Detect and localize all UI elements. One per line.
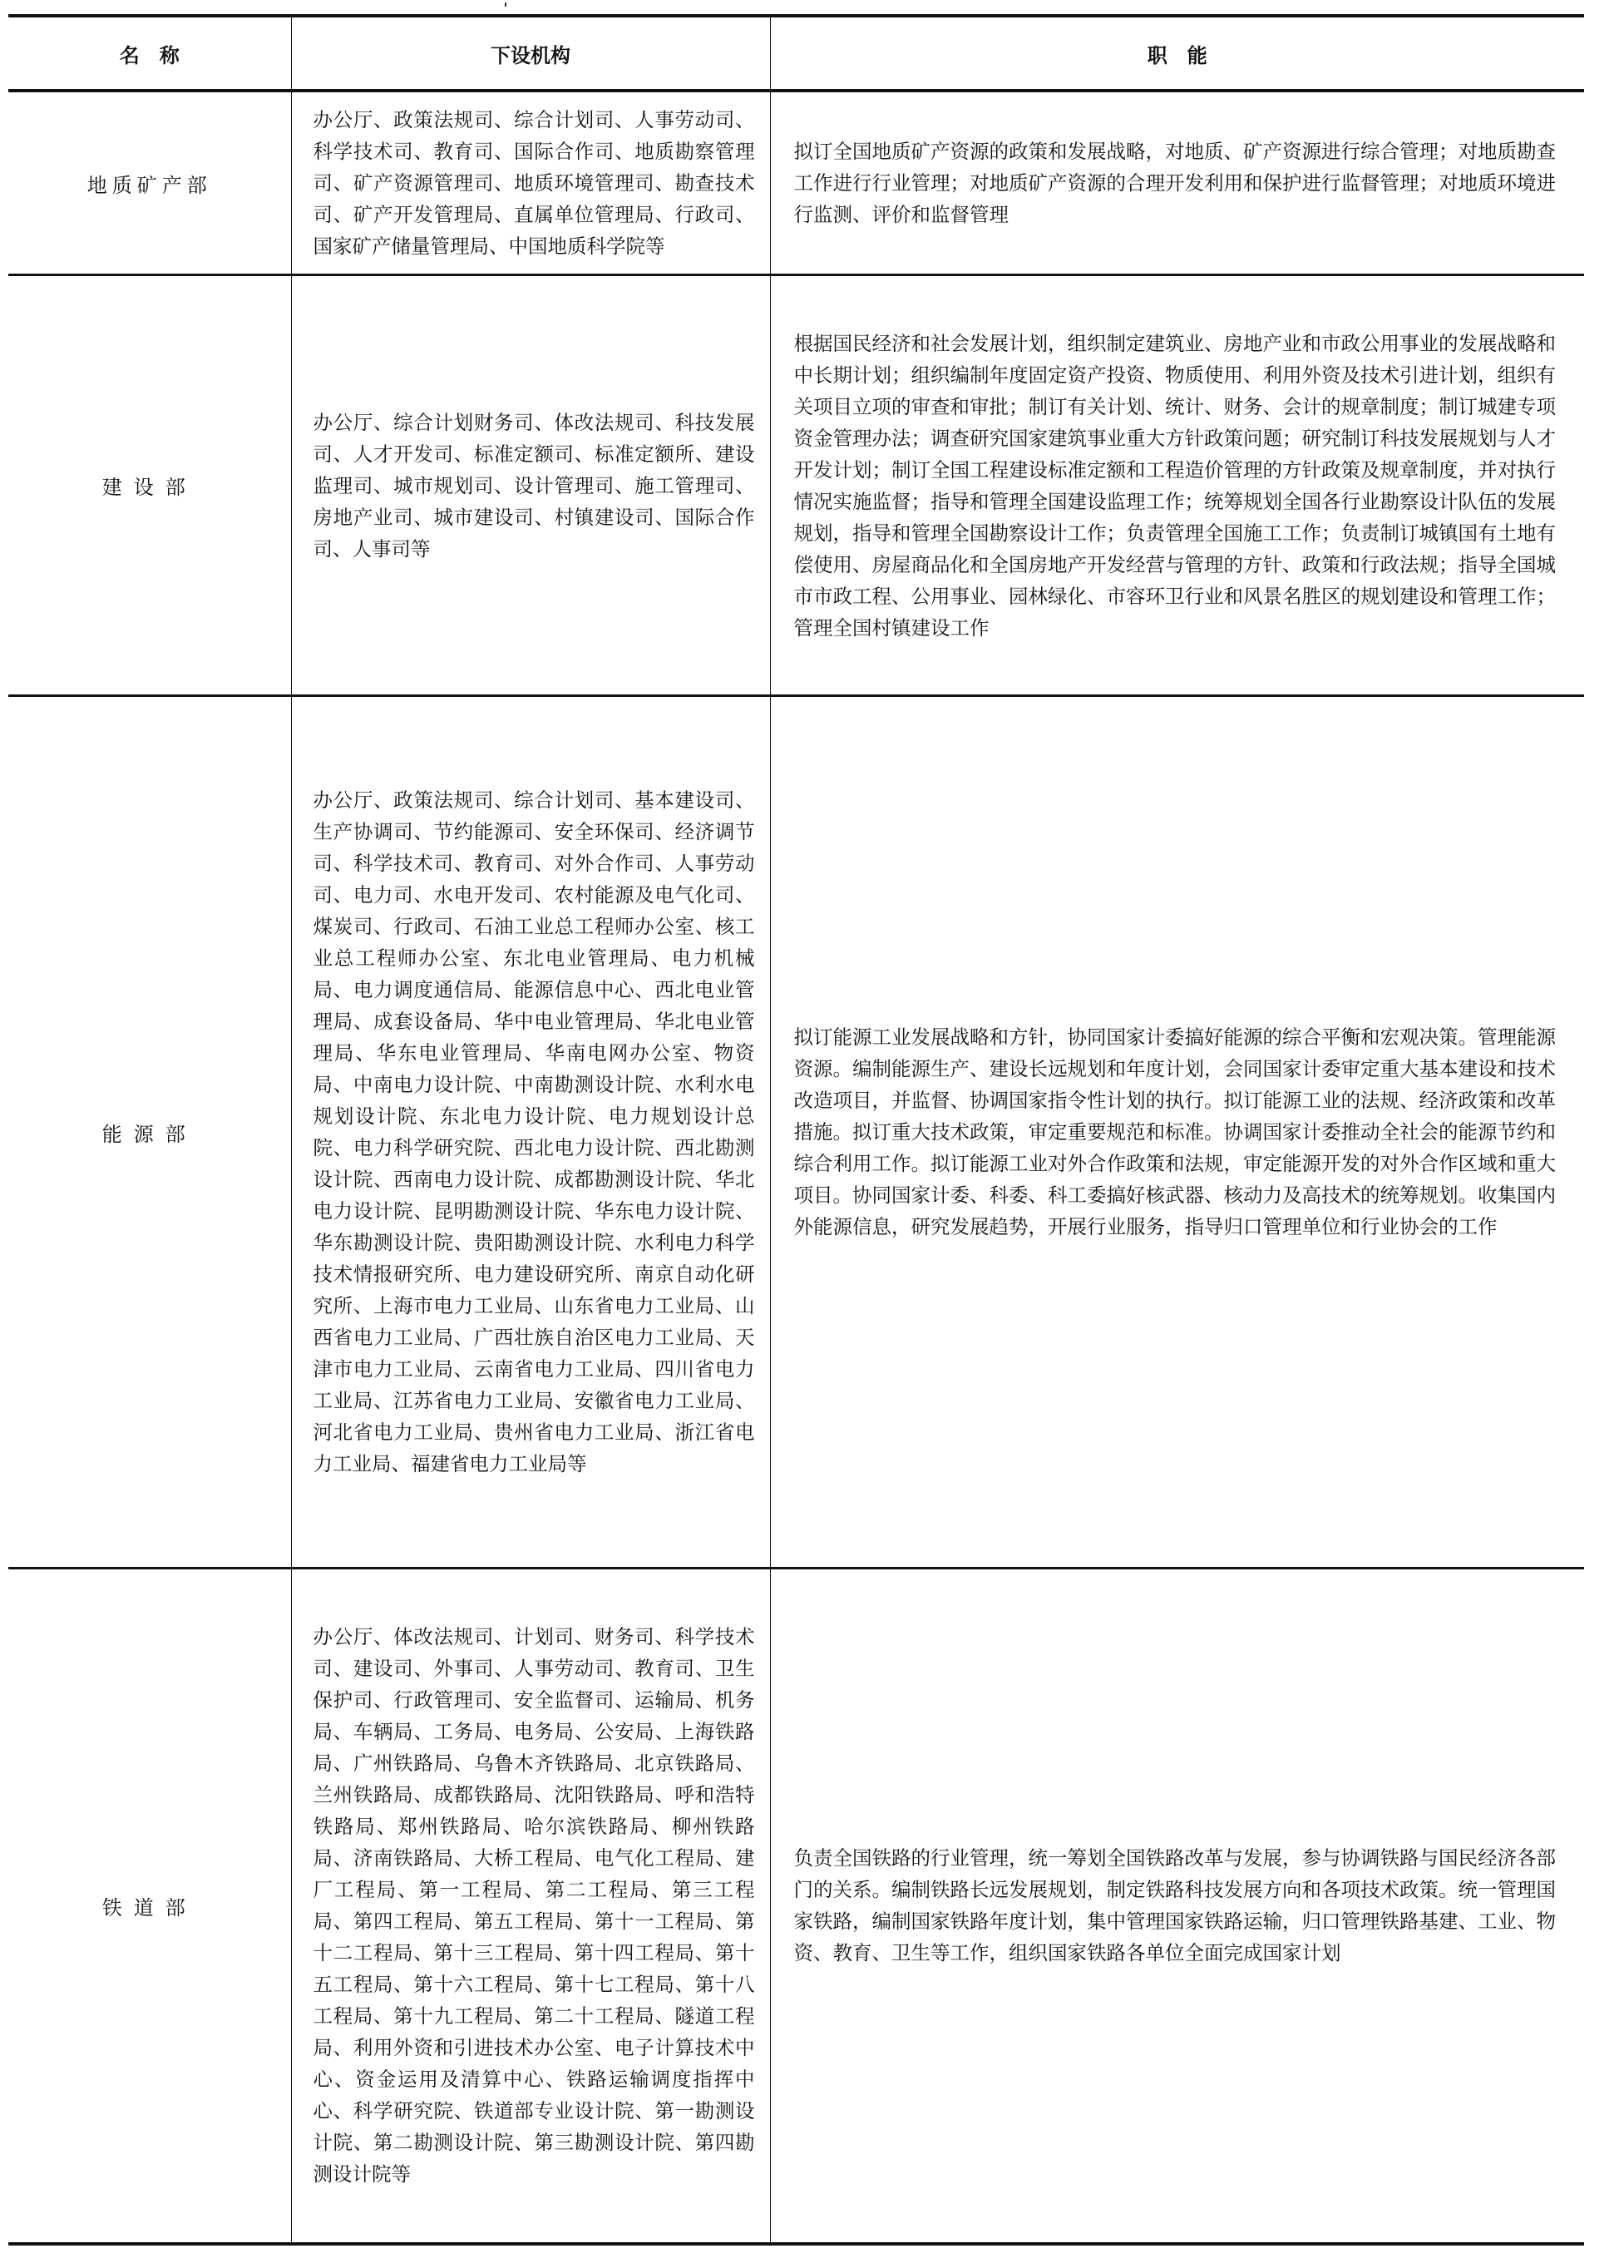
functions: 负责全国铁路的行业管理，统一筹划全国铁路改革与发展，参与协调铁路与国民经济各部门…	[770, 1569, 1584, 2244]
header-units: 下设机构	[291, 16, 770, 91]
ministry-name: 能源部	[8, 696, 291, 1569]
table-row: 建设部 办公厅、综合计划财务司、体改法规司、科技发展司、人才开发司、标准定额司、…	[8, 275, 1584, 696]
functions: 拟订全国地质矿产资源的政策和发展战略，对地质、矿产资源进行综合管理；对地质勘查工…	[770, 91, 1584, 275]
sub-units: 办公厅、政策法规司、综合计划司、人事劳动司、科学技术司、教育司、国际合作司、地质…	[291, 91, 770, 275]
ministry-name: 建设部	[8, 275, 291, 696]
sub-units: 办公厅、体改法规司、计划司、财务司、科学技术司、建设司、外事司、人事劳动司、教育…	[291, 1569, 770, 2244]
functions: 根据国民经济和社会发展计划，组织制定建筑业、房地产业和市政公用事业的发展战略和中…	[770, 275, 1584, 696]
table-row: 铁道部 办公厅、体改法规司、计划司、财务司、科学技术司、建设司、外事司、人事劳动…	[8, 1569, 1584, 2244]
scan-mark	[505, 2, 506, 7]
sub-units: 办公厅、综合计划财务司、体改法规司、科技发展司、人才开发司、标准定额司、标准定额…	[291, 275, 770, 696]
header-functions: 职 能	[770, 16, 1584, 91]
ministry-name: 地质矿产部	[8, 91, 291, 275]
header-name: 名 称	[8, 16, 291, 91]
ministry-table: 名 称 下设机构 职 能 地质矿产部 办公厅、政策法规司、综合计划司、人事劳动司…	[8, 14, 1584, 2246]
sub-units: 办公厅、政策法规司、综合计划司、基本建设司、生产协调司、节约能源司、安全环保司、…	[291, 696, 770, 1569]
table-row: 能源部 办公厅、政策法规司、综合计划司、基本建设司、生产协调司、节约能源司、安全…	[8, 696, 1584, 1569]
functions: 拟订能源工业发展战略和方针，协同国家计委搞好能源的综合平衡和宏观决策。管理能源资…	[770, 696, 1584, 1569]
table-header-row: 名 称 下设机构 职 能	[8, 16, 1584, 91]
table-row: 地质矿产部 办公厅、政策法规司、综合计划司、人事劳动司、科学技术司、教育司、国际…	[8, 91, 1584, 275]
ministry-name: 铁道部	[8, 1569, 291, 2244]
